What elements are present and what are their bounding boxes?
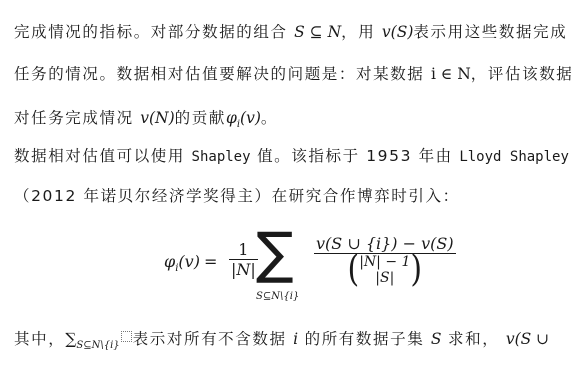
fraction-numerator: v(S ∪ {i}) − v(S) <box>314 234 456 253</box>
fraction-one-over-n: 1 |N| <box>229 240 258 279</box>
term-shapley: Shapley <box>192 149 251 165</box>
binom-top: |N| − 1 <box>359 254 410 270</box>
math-vs: v(S) <box>382 23 413 41</box>
paragraph-line-2: 任务的情况。数据相对估值要解决的问题是：对某数据 i ∈ N，评估该数据 <box>14 62 573 84</box>
paragraph-line-5: （2012 年诺贝尔经济学奖得主）在研究合作博弈时引入： <box>14 184 460 206</box>
text: 完成情况的指标。对部分数据的组合 <box>14 23 294 41</box>
binom-bottom: |S| <box>375 270 394 286</box>
text: 数据相对估值可以使用 <box>14 147 192 165</box>
paragraph-line-1: 完成情况的指标。对部分数据的组合 S ⊆ N，用 v(S)表示用这些数据完成 <box>14 20 567 42</box>
paragraph-line-7: 其中，∑S⊆N\{i}表示对所有不含数据 i 的所有数据子集 S 求和， v(S… <box>14 327 549 351</box>
text: ，评估该数据 <box>471 65 574 83</box>
text: 求和， <box>441 330 505 348</box>
paragraph-line-3: 对任务完成情况 v(N)的贡献φi(v)。 <box>14 106 278 130</box>
text: 其中， <box>14 330 65 348</box>
text: 的贡献 <box>175 109 226 127</box>
shapley-formula: φi(v)= 1 |N| ∑ S⊆N\{i} v(S ∪ {i}) − v(S)… <box>164 232 464 312</box>
text: 任务的情况。数据相对估值要解决的问题是：对某数据 <box>14 65 431 83</box>
phi-argument: (v) <box>178 252 200 271</box>
fraction-marginal-contribution: v(S ∪ {i}) − v(S) ( |N| − 1 |S| ) <box>314 234 456 286</box>
paragraph-line-4: 数据相对估值可以使用 Shapley 值。该指标于 1953 年由 Lloyd … <box>14 144 569 166</box>
binomial-coefficient: ( |N| − 1 |S| ) <box>347 254 422 286</box>
inline-sigma-subscript: S⊆N\{i} <box>76 340 119 351</box>
text: 的所有数据子集 <box>298 330 431 348</box>
math-phi: φ <box>226 109 237 127</box>
text: ，用 <box>341 23 382 41</box>
math-element: i ∈ N <box>431 65 471 83</box>
text: 对任务完成情况 <box>14 109 140 127</box>
formula-lhs: φi(v)= <box>164 252 221 274</box>
math-s: S <box>431 330 442 348</box>
equals-sign: = <box>200 252 221 271</box>
phi-symbol: φ <box>164 252 175 271</box>
name-lloyd-shapley: Lloyd Shapley <box>459 149 569 165</box>
missing-glyph-box-icon <box>121 331 132 342</box>
fraction-denominator: |N| <box>229 260 258 279</box>
text: 。 <box>261 109 278 127</box>
binom-right-paren: ) <box>410 252 422 288</box>
math-subset: S ⊆ N <box>294 23 341 41</box>
text: 值。该指标于 1953 年由 <box>251 147 460 165</box>
math-phi-arg: (v) <box>240 109 261 127</box>
fraction-numerator: 1 <box>236 240 250 259</box>
binom-stack: |N| − 1 |S| <box>359 254 410 286</box>
text: 表示用这些数据完成 <box>413 23 567 41</box>
summation-subscript: S⊆N\{i} <box>256 291 299 302</box>
math-v-s-union: v(S ∪ <box>506 330 549 348</box>
binom-left-paren: ( <box>347 252 359 288</box>
math-vn: v(N) <box>140 109 174 127</box>
text: 表示对所有不含数据 <box>133 330 293 348</box>
inline-sigma-icon: ∑ <box>65 330 76 348</box>
summation-sigma-icon: ∑ <box>256 226 294 282</box>
text: （2012 年诺贝尔经济学奖得主）在研究合作博弈时引入： <box>14 187 460 205</box>
